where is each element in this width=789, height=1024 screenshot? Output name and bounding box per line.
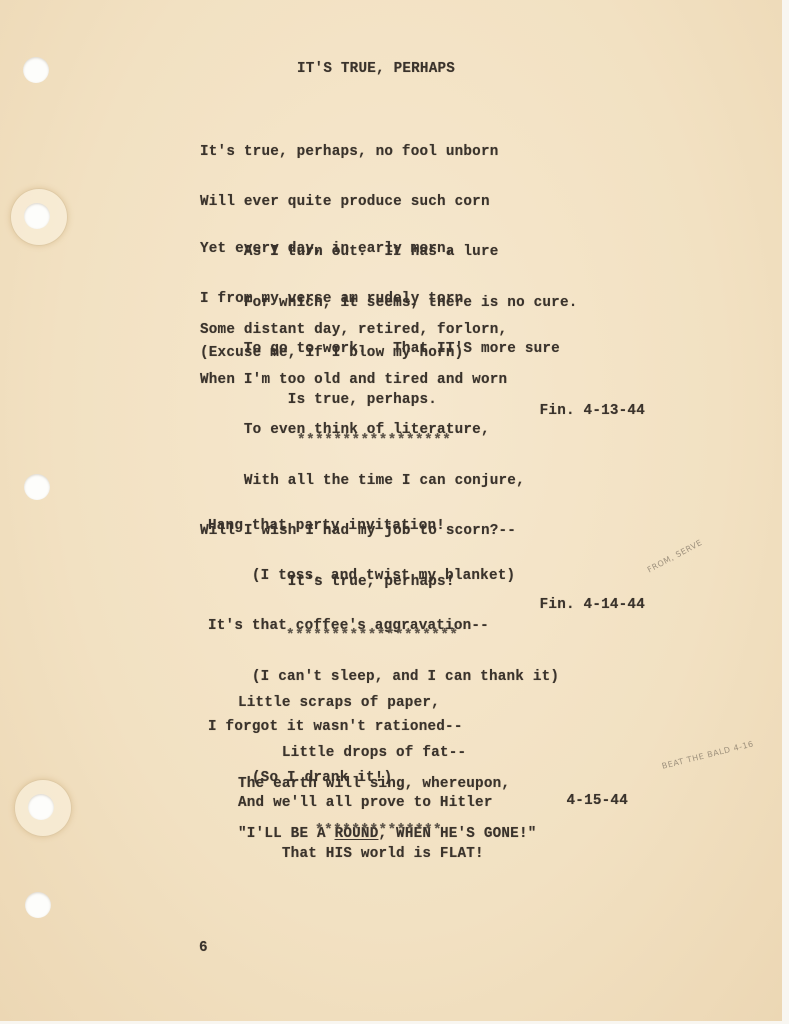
- completion-date: Fin. 4-14-44: [540, 597, 645, 614]
- verse-line: It's true, perhaps, no fool unborn: [200, 144, 578, 161]
- poem-title: IT'S TRUE, PERHAPS: [297, 61, 455, 78]
- binder-hole-icon: [28, 794, 54, 820]
- binder-hole-icon: [25, 892, 51, 918]
- verse-line: The earth will sing, whereupon,: [238, 776, 537, 793]
- completion-date: 4-15-44: [567, 793, 628, 810]
- verse-line: Little scraps of paper,: [238, 695, 493, 712]
- verse-line: Hang that party invitation!: [208, 518, 559, 535]
- completion-date: Fin. 4-13-44: [540, 403, 645, 420]
- verse-line: Some distant day, retired, forlorn,: [200, 322, 525, 339]
- section-separator: **************: [315, 823, 442, 840]
- section-separator: *******************: [286, 628, 459, 645]
- verse-line: (I toss, and twist my blanket): [208, 568, 559, 585]
- verse-line: Yet every day, in early morn,: [200, 241, 560, 258]
- binder-hole-icon: [23, 57, 49, 83]
- stanza: The earth will sing, whereupon, "I'LL BE…: [238, 742, 537, 860]
- scan-edge-right: [782, 0, 789, 1024]
- verse-line: When I'm too old and tired and worn: [200, 372, 525, 389]
- section-separator: *****************: [297, 433, 451, 450]
- binder-hole-icon: [24, 474, 50, 500]
- page-number: 6: [199, 940, 208, 957]
- binder-hole-icon: [24, 203, 50, 229]
